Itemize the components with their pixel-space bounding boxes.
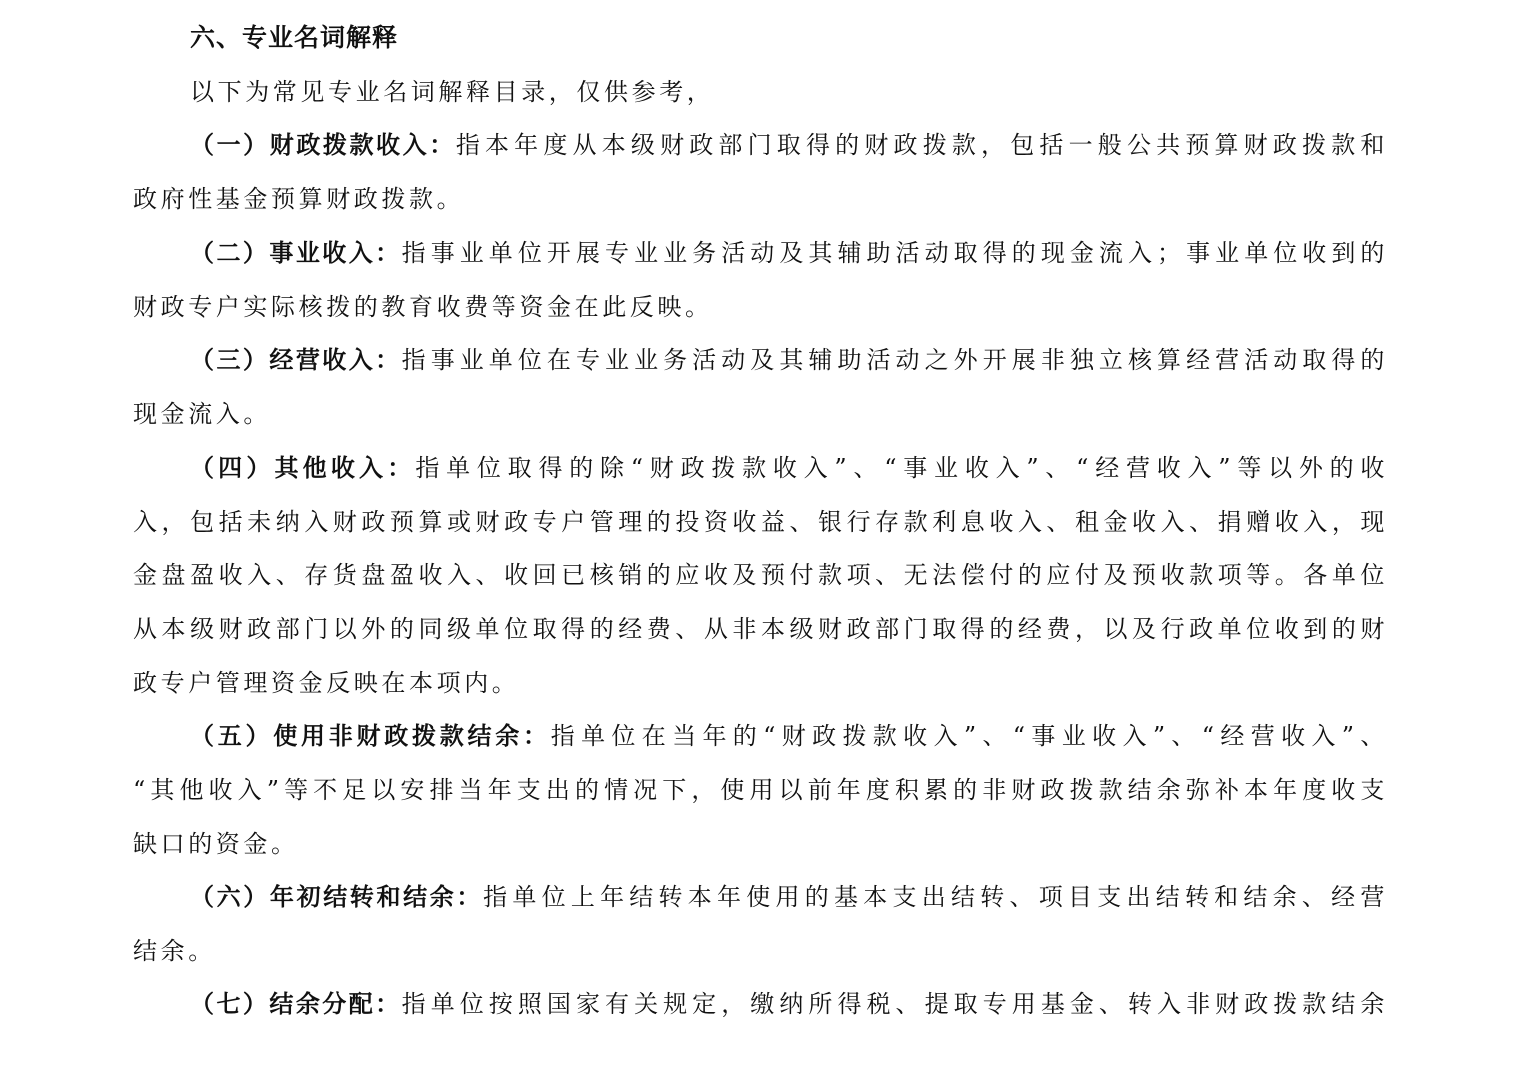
definition-6-line-1: （六）年初结转和结余：指单位上年结转本年使用的基本支出结转、项目支出结转和结余、… bbox=[190, 879, 1388, 915]
definition-4-line-5: 政专户管理资金反映在本项内。 bbox=[133, 665, 1388, 701]
definition-6-line-2: 结余。 bbox=[133, 933, 1388, 969]
definition-5-line-2: “其他收入”等不足以安排当年支出的情况下，使用以前年度积累的非财政拨款结余弥补本… bbox=[133, 772, 1388, 808]
definition-4-line-3: 金盘盈收入、存货盘盈收入、收回已核销的应收及预付款项、无法偿付的应付及预收款项等… bbox=[133, 557, 1388, 593]
definition-5-line-1: （五）使用非财政拨款结余：指单位在当年的“财政拨款收入”、“事业收入”、“经营收… bbox=[190, 718, 1388, 754]
definition-7-term: （七）结余分配： bbox=[190, 990, 402, 1018]
definition-3-line-1: （三）经营收入：指事业单位在专业业务活动及其辅助活动之外开展非独立核算经营活动取… bbox=[190, 342, 1388, 378]
definition-4-line-2: 入，包括未纳入财政预算或财政专户管理的投资收益、银行存款利息收入、租金收入、捐赠… bbox=[133, 504, 1388, 540]
definition-2-term: （二）事业收入： bbox=[190, 239, 402, 267]
definition-6-term: （六）年初结转和结余： bbox=[190, 883, 483, 911]
definition-2-line-2: 财政专户实际核拨的教育收费等资金在此反映。 bbox=[133, 289, 1388, 325]
definition-5-text: 指单位在当年的“财政拨款收入”、“事业收入”、“经营收入”、 bbox=[551, 722, 1388, 750]
definition-3-text: 指事业单位在专业业务活动及其辅助活动之外开展非独立核算经营活动取得的 bbox=[402, 346, 1388, 374]
definition-3-line-2: 现金流入。 bbox=[133, 396, 1388, 432]
definition-7-line-1: （七）结余分配：指单位按照国家有关规定，缴纳所得税、提取专用基金、转入非财政拨款… bbox=[190, 986, 1388, 1022]
intro-paragraph: 以下为常见专业名词解释目录，仅供参考， bbox=[190, 74, 1388, 110]
definition-4-text: 指单位取得的除“财政拨款收入”、“事业收入”、“经营收入”等以外的收 bbox=[415, 454, 1388, 482]
section-heading: 六、专业名词解释 bbox=[190, 20, 398, 56]
definition-6-text: 指单位上年结转本年使用的基本支出结转、项目支出结转和结余、经营 bbox=[483, 883, 1388, 911]
definition-4-line-1: （四）其他收入：指单位取得的除“财政拨款收入”、“事业收入”、“经营收入”等以外… bbox=[190, 450, 1388, 486]
definition-3-term: （三）经营收入： bbox=[190, 346, 402, 374]
definition-2-line-1: （二）事业收入：指事业单位开展专业业务活动及其辅助活动取得的现金流入；事业单位收… bbox=[190, 235, 1388, 271]
document-page: 六、专业名词解释 以下为常见专业名词解释目录，仅供参考， （一）财政拨款收入：指… bbox=[0, 0, 1520, 1075]
definition-4-line-4: 从本级财政部门以外的同级单位取得的经费、从非本级财政部门取得的经费，以及行政单位… bbox=[133, 611, 1388, 647]
definition-5-line-3: 缺口的资金。 bbox=[133, 826, 1388, 862]
definition-4-term: （四）其他收入： bbox=[190, 454, 415, 482]
definition-2-text: 指事业单位开展专业业务活动及其辅助活动取得的现金流入；事业单位收到的 bbox=[402, 239, 1388, 267]
definition-7-text: 指单位按照国家有关规定，缴纳所得税、提取专用基金、转入非财政拨款结余 bbox=[402, 990, 1388, 1018]
definition-1-text: 指本年度从本级财政部门取得的财政拨款，包括一般公共预算财政拨款和 bbox=[456, 131, 1388, 159]
definition-1-term: （一）财政拨款收入： bbox=[190, 131, 456, 159]
definition-1-line-2: 政府性基金预算财政拨款。 bbox=[133, 181, 1388, 217]
definition-5-term: （五）使用非财政拨款结余： bbox=[190, 722, 551, 750]
definition-1-line-1: （一）财政拨款收入：指本年度从本级财政部门取得的财政拨款，包括一般公共预算财政拨… bbox=[190, 127, 1388, 163]
